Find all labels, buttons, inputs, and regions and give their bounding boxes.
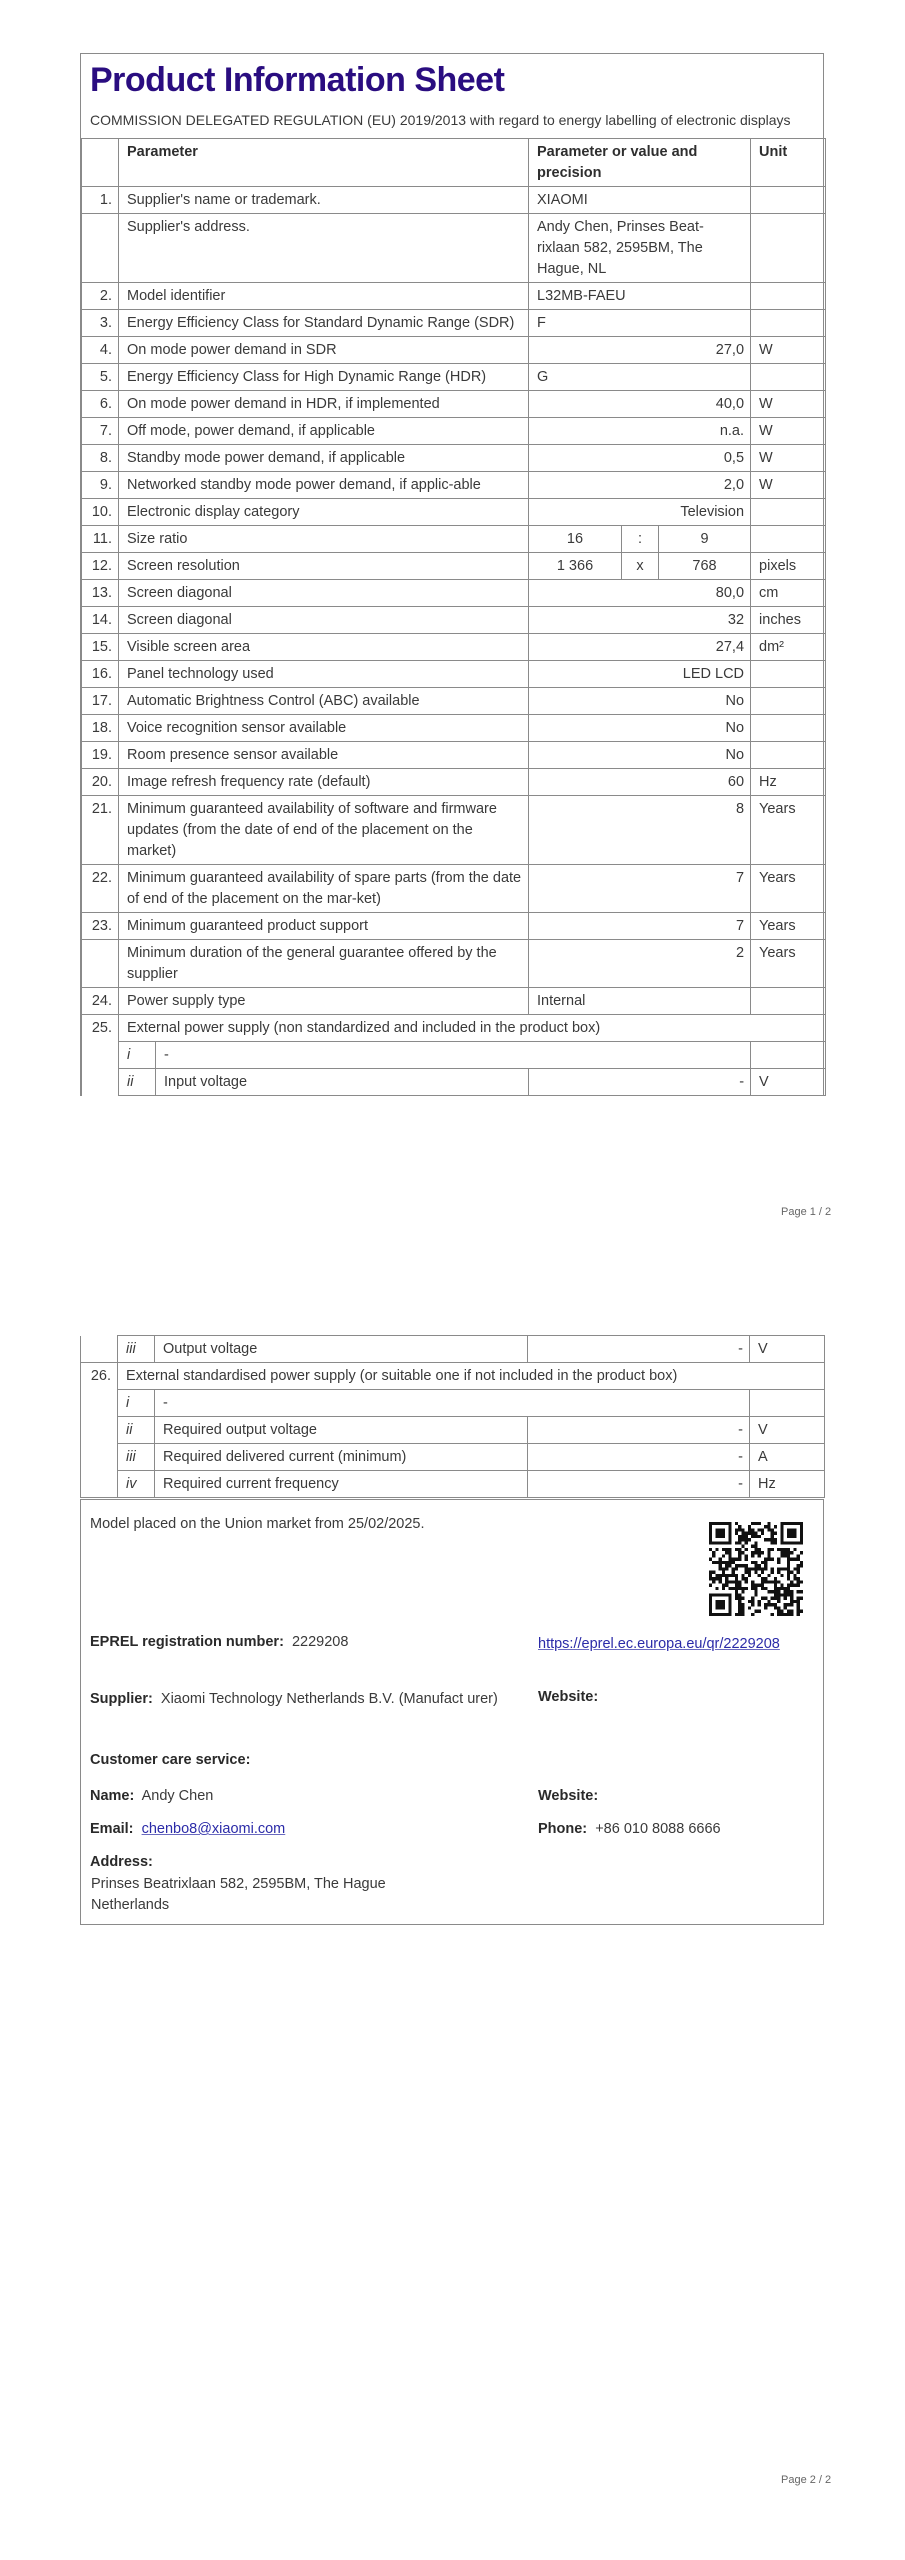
item-unit: V xyxy=(751,1069,826,1096)
row-number: 18. xyxy=(82,715,119,742)
row-parameter: Electronic display category xyxy=(119,499,529,526)
email-label: Email: xyxy=(90,1821,134,1837)
table-row: 2.Model identifierL32MB-FAEU xyxy=(82,283,826,310)
table-row: 20.Image refresh frequency rate (default… xyxy=(82,769,826,796)
spec-table: Parameter Parameter or value and precisi… xyxy=(81,138,826,1096)
row-parameter: Screen diagonal xyxy=(119,607,529,634)
header-unit: Unit xyxy=(751,139,826,187)
address-line2: Netherlands xyxy=(91,1897,169,1913)
item-unit: Hz xyxy=(750,1471,825,1498)
item-param: - xyxy=(155,1390,750,1417)
spec-table-continued: iii Output voltage - V 26. External stan… xyxy=(80,1335,824,1498)
item-unit xyxy=(750,1390,825,1417)
table-row: 10.Electronic display categoryTelevision xyxy=(82,499,826,526)
header-value: Parameter or value and precision xyxy=(529,139,751,187)
row-unit xyxy=(751,310,826,337)
row-parameter: Size ratio xyxy=(119,526,529,553)
row-number: 3. xyxy=(82,310,119,337)
row-value: F xyxy=(529,310,751,337)
ext-supply-item-i: i - xyxy=(82,1042,826,1069)
customer-care-label: Customer care service: xyxy=(90,1752,250,1768)
table-row: 17.Automatic Brightness Control (ABC) av… xyxy=(82,688,826,715)
row-parameter: Visible screen area xyxy=(119,634,529,661)
row-value: 2,0 xyxy=(529,472,751,499)
row-unit: dm² xyxy=(751,634,826,661)
row-unit: Years xyxy=(751,796,826,865)
page-title: Product Information Sheet xyxy=(90,58,823,102)
row-parameter: Screen diagonal xyxy=(119,580,529,607)
row-value: XIAOMI xyxy=(529,187,751,214)
name-value: Andy Chen xyxy=(142,1788,214,1804)
eprel-link[interactable]: https://eprel.ec.europa.eu/qr/2229208 xyxy=(538,1636,780,1652)
address-label: Address: xyxy=(90,1854,153,1870)
row-value: 60 xyxy=(529,769,751,796)
row-value-b: 768 xyxy=(659,553,751,580)
table-row: 6.On mode power demand in HDR, if implem… xyxy=(82,391,826,418)
row-parameter: Voice recognition sensor available xyxy=(119,715,529,742)
product-info-box: Model placed on the Union market from 25… xyxy=(80,1499,824,1925)
roman-index: iv xyxy=(118,1471,155,1498)
table-row: 8.Standby mode power demand, if applicab… xyxy=(82,445,826,472)
table-row: 19.Room presence sensor availableNo xyxy=(82,742,826,769)
std-supply-title: External standardised power supply (or s… xyxy=(118,1363,825,1390)
ext-supply-row: 25. External power supply (non standardi… xyxy=(82,1015,826,1042)
row-value: Television xyxy=(529,499,751,526)
row-value-b: 9 xyxy=(659,526,751,553)
row-unit xyxy=(751,715,826,742)
item-param: Required current frequency xyxy=(155,1471,528,1498)
phone-label: Phone: xyxy=(538,1821,587,1837)
table-row: Supplier's address.Andy Chen, Prinses Be… xyxy=(82,214,826,283)
roman-index: ii xyxy=(118,1417,155,1444)
row-unit: Years xyxy=(751,913,826,940)
item-value: - xyxy=(529,1069,751,1096)
item-value: - xyxy=(528,1336,750,1363)
spec-table-page2: iii Output voltage - V 26. External stan… xyxy=(80,1335,825,1498)
website-label: Website: xyxy=(538,1689,598,1705)
row-parameter: On mode power demand in HDR, if implemen… xyxy=(119,391,529,418)
row-value-a: 1 366 xyxy=(529,553,622,580)
row-number: 20. xyxy=(82,769,119,796)
row-number: 23. xyxy=(82,913,119,940)
row-number xyxy=(82,214,119,283)
row-number: 10. xyxy=(82,499,119,526)
eprel-label: EPREL registration number: xyxy=(90,1634,284,1650)
row-unit xyxy=(751,988,826,1015)
row-parameter: Model identifier xyxy=(119,283,529,310)
row-parameter: Panel technology used xyxy=(119,661,529,688)
contact-email: Email: chenbo8@xiaomi.com xyxy=(90,1821,285,1837)
row-value: No xyxy=(529,688,751,715)
row-parameter: Supplier's name or trademark. xyxy=(119,187,529,214)
qr-code-icon[interactable] xyxy=(709,1522,803,1620)
row-number: 25. xyxy=(82,1015,119,1042)
std-supply-item-iii: iii Required delivered current (minimum)… xyxy=(81,1444,825,1471)
phone-value: +86 010 8088 6666 xyxy=(595,1821,720,1837)
row-value: Andy Chen, Prinses Beat-rixlaan 582, 259… xyxy=(529,214,751,283)
supplier-label: Supplier: xyxy=(90,1691,153,1707)
row-unit xyxy=(751,187,826,214)
row-value: Internal xyxy=(529,988,751,1015)
supplier-info: Supplier: Xiaomi Technology Netherlands … xyxy=(90,1689,530,1710)
row-number: 26. xyxy=(81,1363,118,1390)
row-number: 6. xyxy=(82,391,119,418)
table-row: 4.On mode power demand in SDR27,0W xyxy=(82,337,826,364)
row-parameter: Networked standby mode power demand, if … xyxy=(119,472,529,499)
table-row: 23.Minimum guaranteed product support7Ye… xyxy=(82,913,826,940)
row-value: 27,4 xyxy=(529,634,751,661)
row-unit: Years xyxy=(751,865,826,913)
row-parameter: On mode power demand in SDR xyxy=(119,337,529,364)
table-row: 22.Minimum guaranteed availability of sp… xyxy=(82,865,826,913)
row-parameter: Screen resolution xyxy=(119,553,529,580)
row-value: 7 xyxy=(529,913,751,940)
eprel-link-wrap: https://eprel.ec.europa.eu/qr/2229208 xyxy=(538,1634,788,1655)
table-row: 7.Off mode, power demand, if applicablen… xyxy=(82,418,826,445)
header-parameter: Parameter xyxy=(119,139,529,187)
row-unit: Years xyxy=(751,940,826,988)
roman-index: iii xyxy=(118,1444,155,1471)
row-value: L32MB-FAEU xyxy=(529,283,751,310)
roman-index: i xyxy=(119,1042,156,1069)
table-row: 18.Voice recognition sensor availableNo xyxy=(82,715,826,742)
row-value-a: 16 xyxy=(529,526,622,553)
table-row: 16.Panel technology usedLED LCD xyxy=(82,661,826,688)
roman-index: i xyxy=(118,1390,155,1417)
row-number: 21. xyxy=(82,796,119,865)
row-parameter: Automatic Brightness Control (ABC) avail… xyxy=(119,688,529,715)
row-unit xyxy=(751,661,826,688)
row-number: 5. xyxy=(82,364,119,391)
row-value: 32 xyxy=(529,607,751,634)
table-header-row: Parameter Parameter or value and precisi… xyxy=(82,139,826,187)
row-parameter: Room presence sensor available xyxy=(119,742,529,769)
ext-supply-item-iii: iii Output voltage - V xyxy=(81,1336,825,1363)
std-supply-row: 26. External standardised power supply (… xyxy=(81,1363,825,1390)
page-number-1: Page 1 / 2 xyxy=(781,1206,831,1218)
table-row: 5.Energy Efficiency Class for High Dynam… xyxy=(82,364,826,391)
item-param: - xyxy=(156,1042,751,1069)
table-row: Minimum duration of the general guarante… xyxy=(82,940,826,988)
item-param: Input voltage xyxy=(156,1069,529,1096)
table-row: 3.Energy Efficiency Class for Standard D… xyxy=(82,310,826,337)
item-param: Required output voltage xyxy=(155,1417,528,1444)
row-number: 9. xyxy=(82,472,119,499)
table-row: 13.Screen diagonal80,0cm xyxy=(82,580,826,607)
row-number: 2. xyxy=(82,283,119,310)
row-unit xyxy=(751,214,826,283)
row-value: 80,0 xyxy=(529,580,751,607)
supplier-value: Xiaomi Technology Netherlands B.V. (Manu… xyxy=(161,1691,498,1707)
product-info-sheet-page1: Product Information Sheet COMMISSION DEL… xyxy=(80,53,824,1096)
website2-label: Website: xyxy=(538,1788,598,1804)
table-row: 1.Supplier's name or trademark.XIAOMI xyxy=(82,187,826,214)
item-value: - xyxy=(528,1471,750,1498)
row-number: 12. xyxy=(82,553,119,580)
row-value: LED LCD xyxy=(529,661,751,688)
row-unit: inches xyxy=(751,607,826,634)
header-num xyxy=(82,139,119,187)
row-value: 7 xyxy=(529,865,751,913)
row-unit xyxy=(751,364,826,391)
item-unit: A xyxy=(750,1444,825,1471)
row-unit: W xyxy=(751,391,826,418)
table-row: 14.Screen diagonal32inches xyxy=(82,607,826,634)
ext-supply-item-ii: ii Input voltage - V xyxy=(82,1069,826,1096)
table-row: 9.Networked standby mode power demand, i… xyxy=(82,472,826,499)
table-row: 12.Screen resolution1 366x768pixels xyxy=(82,553,826,580)
row-parameter: Energy Efficiency Class for High Dynamic… xyxy=(119,364,529,391)
row-unit: W xyxy=(751,472,826,499)
row-value: No xyxy=(529,742,751,769)
table-row: 24.Power supply typeInternal xyxy=(82,988,826,1015)
market-date-text: Model placed on the Union market from 25… xyxy=(90,1516,425,1532)
row-number: 7. xyxy=(82,418,119,445)
row-unit: cm xyxy=(751,580,826,607)
row-value-separator: : xyxy=(622,526,659,553)
eprel-number: 2229208 xyxy=(292,1634,348,1650)
item-value: - xyxy=(528,1417,750,1444)
ext-supply-title: External power supply (non standardized … xyxy=(119,1015,826,1042)
row-value: n.a. xyxy=(529,418,751,445)
std-supply-item-i: i - xyxy=(81,1390,825,1417)
row-parameter: Power supply type xyxy=(119,988,529,1015)
row-number: 13. xyxy=(82,580,119,607)
row-value: 8 xyxy=(529,796,751,865)
row-unit xyxy=(751,499,826,526)
item-param: Output voltage xyxy=(155,1336,528,1363)
address-line1: Prinses Beatrixlaan 582, 2595BM, The Hag… xyxy=(91,1876,386,1892)
row-unit: pixels xyxy=(751,553,826,580)
row-parameter: Minimum guaranteed availability of softw… xyxy=(119,796,529,865)
row-number: 14. xyxy=(82,607,119,634)
row-parameter: Minimum guaranteed availability of spare… xyxy=(119,865,529,913)
row-unit: Hz xyxy=(751,769,826,796)
row-value: 40,0 xyxy=(529,391,751,418)
row-number: 4. xyxy=(82,337,119,364)
table-row: 11.Size ratio16:9 xyxy=(82,526,826,553)
row-value: G xyxy=(529,364,751,391)
row-parameter: Energy Efficiency Class for Standard Dyn… xyxy=(119,310,529,337)
row-parameter: Minimum duration of the general guarante… xyxy=(119,940,529,988)
row-parameter: Supplier's address. xyxy=(119,214,529,283)
table-row: 15.Visible screen area27,4dm² xyxy=(82,634,826,661)
row-parameter: Image refresh frequency rate (default) xyxy=(119,769,529,796)
row-unit: W xyxy=(751,337,826,364)
row-number: 24. xyxy=(82,988,119,1015)
roman-index: ii xyxy=(119,1069,156,1096)
std-supply-item-ii: ii Required output voltage - V xyxy=(81,1417,825,1444)
row-unit xyxy=(751,688,826,715)
item-unit xyxy=(751,1042,826,1069)
item-param: Required delivered current (minimum) xyxy=(155,1444,528,1471)
row-value: 2 xyxy=(529,940,751,988)
row-value-separator: x xyxy=(622,553,659,580)
row-number: 16. xyxy=(82,661,119,688)
item-unit: V xyxy=(750,1417,825,1444)
row-parameter: Standby mode power demand, if applicable xyxy=(119,445,529,472)
row-value: 27,0 xyxy=(529,337,751,364)
name-label: Name: xyxy=(90,1788,134,1804)
row-unit: W xyxy=(751,418,826,445)
row-number xyxy=(82,940,119,988)
row-unit xyxy=(751,526,826,553)
item-unit: V xyxy=(750,1336,825,1363)
roman-index: iii xyxy=(118,1336,155,1363)
row-number: 17. xyxy=(82,688,119,715)
row-number: 1. xyxy=(82,187,119,214)
row-number: 19. xyxy=(82,742,119,769)
contact-phone: Phone: +86 010 8088 6666 xyxy=(538,1821,721,1837)
row-unit xyxy=(751,742,826,769)
row-unit: W xyxy=(751,445,826,472)
row-number: 22. xyxy=(82,865,119,913)
row-unit xyxy=(751,283,826,310)
row-value: No xyxy=(529,715,751,742)
std-supply-item-iv: iv Required current frequency - Hz xyxy=(81,1471,825,1498)
regulation-subtitle: COMMISSION DELEGATED REGULATION (EU) 201… xyxy=(90,110,813,131)
row-number: 8. xyxy=(82,445,119,472)
eprel-registration: EPREL registration number: 2229208 xyxy=(90,1634,348,1650)
item-value: - xyxy=(528,1444,750,1471)
row-parameter: Minimum guaranteed product support xyxy=(119,913,529,940)
row-parameter: Off mode, power demand, if applicable xyxy=(119,418,529,445)
row-value: 0,5 xyxy=(529,445,751,472)
row-number: 11. xyxy=(82,526,119,553)
page-number-2: Page 2 / 2 xyxy=(781,2474,831,2486)
contact-name: Name: Andy Chen xyxy=(90,1788,213,1804)
table-row: 21.Minimum guaranteed availability of so… xyxy=(82,796,826,865)
row-number: 15. xyxy=(82,634,119,661)
email-link[interactable]: chenbo8@xiaomi.com xyxy=(142,1821,286,1837)
